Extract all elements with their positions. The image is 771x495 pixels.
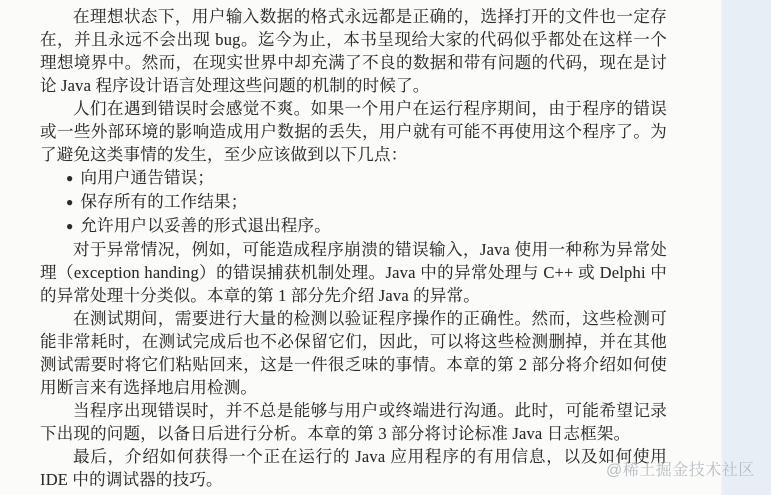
scanned-book-page: 在理想状态下，用户输入数据的格式永远都是正确的，选择打开的文件也一定存在，并且永…	[0, 0, 771, 495]
right-margin-strip	[721, 0, 771, 495]
watermark: @稀土掘金技术社区	[606, 457, 755, 480]
paragraph-exception-handling: 对于异常情况，例如，可能造成程序崩溃的错误输入，Java 使用一种称为异常处理（…	[40, 238, 667, 307]
paragraph-user-errors: 人们在遇到错误时会感觉不爽。如果一个用户在运行程序期间，由于程序的错误或一些外部…	[40, 97, 667, 166]
bullet-text: 保存所有的工作结果；	[80, 192, 247, 211]
list-item: ●保存所有的工作结果；	[66, 190, 667, 214]
paragraph-logging: 当程序出现错误时，并不总是能够与用户或终端进行沟通。此时，可能希望记录下出现的问…	[40, 399, 667, 445]
list-item: ●允许用户以妥善的形式退出程序。	[66, 214, 667, 238]
bullet-icon: ●	[66, 191, 73, 214]
paragraph-testing-assertions: 在测试期间，需要进行大量的检测以验证程序操作的正确性。然而，这些检测可能非常耗时…	[40, 307, 667, 399]
bullet-icon: ●	[66, 167, 73, 190]
paragraph-ide-debugger: 最后，介绍如何获得一个正在运行的 Java 应用程序的有用信息，以及如何使用 I…	[40, 445, 667, 491]
bullet-icon: ●	[66, 215, 73, 238]
page-text-area: 在理想状态下，用户输入数据的格式永远都是正确的，选择打开的文件也一定存在，并且永…	[40, 5, 667, 491]
bullet-list: ●向用户通告错误； ●保存所有的工作结果； ●允许用户以妥善的形式退出程序。	[40, 166, 667, 238]
paragraph-ideal-state: 在理想状态下，用户输入数据的格式永远都是正确的，选择打开的文件也一定存在，并且永…	[40, 5, 667, 97]
bullet-text: 允许用户以妥善的形式退出程序。	[80, 216, 331, 235]
list-item: ●向用户通告错误；	[66, 166, 667, 190]
bullet-text: 向用户通告错误；	[80, 168, 214, 187]
